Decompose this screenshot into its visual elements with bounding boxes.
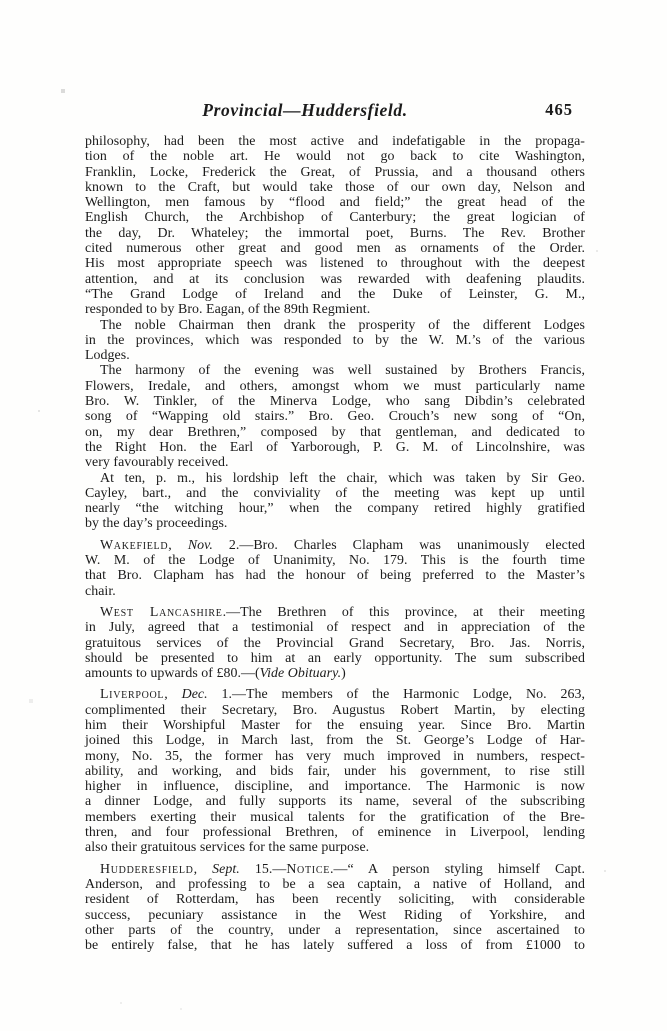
text-line: success, pecuniary assistance in the Wes… bbox=[85, 908, 585, 923]
text-segment: 2.—Bro. Charles Clapham was unanimously … bbox=[213, 538, 585, 553]
paragraph: Hudderesfield, Sept. 15.—Notice.—“ A per… bbox=[85, 862, 585, 954]
text-segment: song of “Wapping old stairs.” Bro. Geo. … bbox=[85, 409, 585, 424]
italic-text: Dec. bbox=[182, 687, 208, 702]
text-segment: ability, and working, and bids fair, und… bbox=[85, 764, 585, 779]
text-segment: joined this Lodge, in March last, from t… bbox=[85, 733, 585, 748]
text-line: Lodges. bbox=[85, 348, 585, 363]
text-segment: in July, agreed that a testimonial of re… bbox=[85, 620, 585, 635]
text-segment: gratuitous services of the Provincial Gr… bbox=[85, 636, 585, 651]
paragraph: Wakefield, Nov. 2.—Bro. Charles Clapham … bbox=[85, 538, 585, 599]
text-line: His most appropriate speech was listened… bbox=[85, 256, 585, 271]
text-segment: W. M. of the Lodge of Unanimity, No. 179… bbox=[85, 553, 585, 568]
text-segment: a dinner Lodge, and fully supports its n… bbox=[85, 794, 585, 809]
text-line: known to the Craft, but would take those… bbox=[85, 180, 585, 195]
text-segment: , bbox=[194, 862, 213, 877]
text-segment: be entirely false, that he has lately su… bbox=[85, 938, 585, 953]
text-line: members exerting their musical talents f… bbox=[85, 810, 585, 825]
page-title: Provincial—Huddersfield. bbox=[85, 100, 525, 121]
text-segment: that Bro. Clapham has had the honour of … bbox=[85, 568, 585, 583]
text-segment: , bbox=[168, 538, 188, 553]
text-line: the Right Hon. the Earl of Yarborough, P… bbox=[85, 440, 585, 455]
text-line: resident of Rotterdam, has been recently… bbox=[85, 892, 585, 907]
text-segment: also their gratuitous services for the s… bbox=[85, 840, 369, 855]
text-line: him their Worshipful Master for the ensu… bbox=[85, 718, 585, 733]
text-line: song of “Wapping old stairs.” Bro. Geo. … bbox=[85, 409, 585, 424]
text-segment: the Right Hon. the Earl of Yarborough, P… bbox=[85, 440, 585, 455]
text-line: tion of the noble art. He would not go b… bbox=[85, 149, 585, 164]
text-segment: “The Grand Lodge of Ireland and the Duke… bbox=[85, 287, 585, 302]
text-line: philosophy, had been the most active and… bbox=[85, 134, 585, 149]
text-segment: English Church, the Archbishop of Canter… bbox=[85, 210, 585, 225]
text-line: Anderson, and professing to be a sea cap… bbox=[85, 877, 585, 892]
page-number: 465 bbox=[545, 100, 573, 120]
text-segment: known to the Craft, but would take those… bbox=[85, 180, 585, 195]
text-segment: higher in influence, discipline, and imp… bbox=[85, 779, 585, 794]
text-line: Hudderesfield, Sept. 15.—Notice.—“ A per… bbox=[85, 862, 585, 877]
text-segment: 1.—The members of the Harmonic Lodge, No… bbox=[208, 687, 585, 702]
text-segment: Wellington, men famous by “flood and fie… bbox=[85, 195, 585, 210]
text-segment: philosophy, had been the most active and… bbox=[85, 134, 585, 149]
text-segment: ) bbox=[341, 666, 346, 681]
text-line: Wakefield, Nov. 2.—Bro. Charles Clapham … bbox=[85, 538, 585, 553]
text-segment: His most appropriate speech was listened… bbox=[85, 256, 585, 271]
small-caps-text: West Lancashire bbox=[100, 605, 223, 620]
text-line: the day, Dr. Whateley; the immortal poet… bbox=[85, 226, 585, 241]
text-segment: tion of the noble art. He would not go b… bbox=[85, 149, 585, 164]
text-segment: Bro. W. Tinkler, of the Minerva Lodge, w… bbox=[85, 394, 585, 409]
text-line: The harmony of the evening was well sust… bbox=[85, 363, 585, 378]
small-caps-text: Hudderesfield bbox=[100, 862, 194, 877]
text-line: Wellington, men famous by “flood and fie… bbox=[85, 195, 585, 210]
text-segment: Anderson, and professing to be a sea cap… bbox=[85, 877, 585, 892]
small-caps-text: Liverpool bbox=[100, 687, 164, 702]
text-segment: by the day’s proceedings. bbox=[85, 516, 227, 531]
text-segment: cited numerous other great and good men … bbox=[85, 241, 585, 256]
text-line: Cayley, bart., and the conviviality of t… bbox=[85, 486, 585, 501]
paragraph: The harmony of the evening was well sust… bbox=[85, 363, 585, 470]
text-line: English Church, the Archbishop of Canter… bbox=[85, 210, 585, 225]
paragraph: Liverpool, Dec. 1.—The members of the Ha… bbox=[85, 687, 585, 855]
text-line: a dinner Lodge, and fully supports its n… bbox=[85, 794, 585, 809]
text-segment: success, pecuniary assistance in the Wes… bbox=[85, 908, 585, 923]
text-segment: Franklin, Locke, Frederick the Great, of… bbox=[85, 165, 585, 180]
italic-text: Nov. bbox=[188, 538, 213, 553]
text-segment: 15.— bbox=[240, 862, 287, 877]
text-segment: The harmony of the evening was well sust… bbox=[100, 363, 585, 378]
text-segment: complimented their Secretary, Bro. Augus… bbox=[85, 703, 585, 718]
text-segment: attention, and at its conclusion was rew… bbox=[85, 272, 585, 287]
text-segment: should be presented to him at an early o… bbox=[85, 651, 585, 666]
text-line: on, my dear Brethren,” composed by that … bbox=[85, 425, 585, 440]
paragraph: West Lancashire.—The Brethren of this pr… bbox=[85, 605, 585, 681]
text-segment: mony, No. 35, the former has very much i… bbox=[85, 749, 585, 764]
text-segment: Cayley, bart., and the conviviality of t… bbox=[85, 486, 585, 501]
text-segment: Lodges. bbox=[85, 348, 130, 363]
text-line: “The Grand Lodge of Ireland and the Duke… bbox=[85, 287, 585, 302]
text-segment: members exerting their musical talents f… bbox=[85, 810, 585, 825]
text-segment: , bbox=[164, 687, 181, 702]
text-segment: him their Worshipful Master for the ensu… bbox=[85, 718, 585, 733]
text-line: nearly “the witching hour,” when the com… bbox=[85, 501, 585, 516]
text-segment: .—“ A person styling himself Capt. bbox=[330, 862, 585, 877]
text-line: higher in influence, discipline, and imp… bbox=[85, 779, 585, 794]
text-line: mony, No. 35, the former has very much i… bbox=[85, 749, 585, 764]
text-line: Liverpool, Dec. 1.—The members of the Ha… bbox=[85, 687, 585, 702]
text-segment: other parts of the country, under a repr… bbox=[85, 923, 585, 938]
body-text: philosophy, had been the most active and… bbox=[85, 134, 585, 953]
text-line: cited numerous other great and good men … bbox=[85, 241, 585, 256]
scanned-book-page: Provincial—Huddersfield. 465 philosophy,… bbox=[0, 0, 667, 1031]
text-segment: Flowers, Iredale, and others, amongst wh… bbox=[85, 379, 585, 394]
text-segment: in the provinces, which was responded to… bbox=[85, 333, 585, 348]
text-line: W. M. of the Lodge of Unanimity, No. 179… bbox=[85, 553, 585, 568]
text-segment: very favourably received. bbox=[85, 455, 229, 470]
text-line: amounts to upwards of £80.—(Vide Obituar… bbox=[85, 666, 585, 681]
text-line: ability, and working, and bids fair, und… bbox=[85, 764, 585, 779]
text-line: gratuitous services of the Provincial Gr… bbox=[85, 636, 585, 651]
text-segment: nearly “the witching hour,” when the com… bbox=[85, 501, 585, 516]
text-line: that Bro. Clapham has had the honour of … bbox=[85, 568, 585, 583]
text-line: attention, and at its conclusion was rew… bbox=[85, 272, 585, 287]
paragraph: At ten, p. m., his lordship left the cha… bbox=[85, 471, 585, 532]
text-line: in July, agreed that a testimonial of re… bbox=[85, 620, 585, 635]
text-line: West Lancashire.—The Brethren of this pr… bbox=[85, 605, 585, 620]
italic-text: Sept. bbox=[212, 862, 240, 877]
paragraph: philosophy, had been the most active and… bbox=[85, 134, 585, 318]
text-line: very favourably received. bbox=[85, 455, 585, 470]
text-line: complimented their Secretary, Bro. Augus… bbox=[85, 703, 585, 718]
text-segment: chair. bbox=[85, 584, 116, 599]
text-segment: .—The Brethren of this province, at thei… bbox=[223, 605, 585, 620]
text-line: responded to by Bro. Eagan, of the 89th … bbox=[85, 302, 585, 317]
text-line: other parts of the country, under a repr… bbox=[85, 923, 585, 938]
text-line: in the provinces, which was responded to… bbox=[85, 333, 585, 348]
text-segment: amounts to upwards of £80.—( bbox=[85, 666, 260, 681]
text-line: by the day’s proceedings. bbox=[85, 516, 585, 531]
scan-noise-specks bbox=[0, 0, 2, 2]
text-line: chair. bbox=[85, 584, 585, 599]
paragraph: The noble Chairman then drank the prospe… bbox=[85, 318, 585, 364]
text-segment: responded to by Bro. Eagan, of the 89th … bbox=[85, 302, 370, 317]
text-segment: thren, and four professional Brethren, o… bbox=[85, 825, 585, 840]
text-segment: on, my dear Brethren,” composed by that … bbox=[85, 425, 585, 440]
text-line: thren, and four professional Brethren, o… bbox=[85, 825, 585, 840]
text-line: be entirely false, that he has lately su… bbox=[85, 938, 585, 953]
text-segment: the day, Dr. Whateley; the immortal poet… bbox=[85, 226, 585, 241]
text-line: joined this Lodge, in March last, from t… bbox=[85, 733, 585, 748]
text-segment: The noble Chairman then drank the prospe… bbox=[100, 318, 585, 333]
text-line: Bro. W. Tinkler, of the Minerva Lodge, w… bbox=[85, 394, 585, 409]
small-caps-text: Notice bbox=[286, 862, 330, 877]
small-caps-text: Wakefield bbox=[100, 538, 168, 553]
text-line: also their gratuitous services for the s… bbox=[85, 840, 585, 855]
text-segment: At ten, p. m., his lordship left the cha… bbox=[100, 471, 585, 486]
text-line: Flowers, Iredale, and others, amongst wh… bbox=[85, 379, 585, 394]
text-line: Franklin, Locke, Frederick the Great, of… bbox=[85, 165, 585, 180]
text-line: should be presented to him at an early o… bbox=[85, 651, 585, 666]
text-line: At ten, p. m., his lordship left the cha… bbox=[85, 471, 585, 486]
text-segment: resident of Rotterdam, has been recently… bbox=[85, 892, 585, 907]
running-header: Provincial—Huddersfield. 465 bbox=[85, 100, 585, 122]
italic-text: Vide Obituary. bbox=[260, 666, 341, 681]
text-line: The noble Chairman then drank the prospe… bbox=[85, 318, 585, 333]
